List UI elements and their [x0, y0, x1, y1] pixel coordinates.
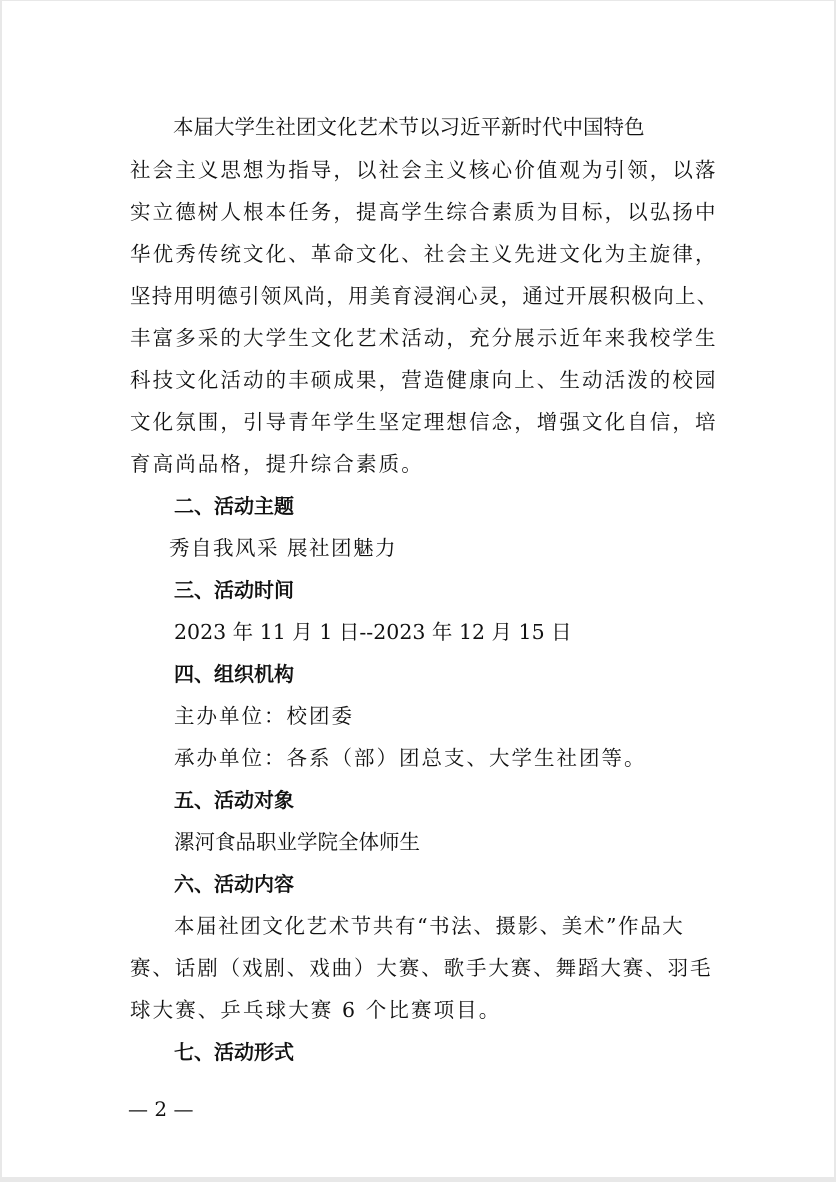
- paragraph-line: 社会主义思想为指导，以社会主义核心价值观为引领，以落: [130, 156, 711, 184]
- section-heading-format: 七、活动形式: [174, 1038, 294, 1066]
- content-line: 赛、话剧（戏剧、戏曲）大赛、歌手大赛、舞蹈大赛、羽毛: [130, 954, 711, 982]
- content-line: 球大赛、乒乓球大赛 6 个比赛项目。: [130, 996, 501, 1024]
- section-heading-theme: 二、活动主题: [174, 492, 294, 520]
- participants-text: 漯河食品职业学院全体师生: [174, 828, 420, 856]
- theme-text: 秀自我风采 展社团魅力: [169, 534, 397, 562]
- time-text: 2023 年 11 月 1 日--2023 年 12 月 15 日: [174, 618, 572, 646]
- document-page: 本届大学生社团文化艺术节以习近平新时代中国特色 社会主义思想为指导，以社会主义核…: [2, 1, 834, 1177]
- page-number: — 2 —: [128, 1097, 193, 1121]
- paragraph-line: 科技文化活动的丰硕成果，营造健康向上、生动活泼的校园: [130, 366, 711, 394]
- organizer-text: 主办单位：校团委: [174, 702, 354, 730]
- paragraph-line: 坚持用明德引领风尚，用美育浸润心灵，通过开展积极向上、: [130, 282, 711, 310]
- paragraph-line: 丰富多采的大学生文化艺术活动，充分展示近年来我校学生: [130, 324, 711, 352]
- section-heading-organization: 四、组织机构: [174, 660, 294, 688]
- section-heading-content: 六、活动内容: [174, 870, 294, 898]
- paragraph-line: 育高尚品格，提升综合素质。: [130, 450, 424, 478]
- section-heading-participants: 五、活动对象: [174, 786, 294, 814]
- paragraph-line: 华优秀传统文化、革命文化、社会主义先进文化为主旋律，: [130, 240, 711, 268]
- paragraph-line: 实立德树人根本任务，提高学生综合素质为目标，以弘扬中: [130, 198, 711, 226]
- content-line: 本届社团文化艺术节共有“书法、摄影、美术”作品大: [174, 912, 711, 940]
- paragraph-line: 本届大学生社团文化艺术节以习近平新时代中国特色: [173, 113, 711, 141]
- section-heading-time: 三、活动时间: [174, 576, 294, 604]
- co-organizer-text: 承办单位：各系（部）团总支、大学生社团等。: [174, 744, 647, 772]
- paragraph-line: 文化氛围，引导青年学生坚定理想信念，增强文化自信，培: [130, 408, 711, 436]
